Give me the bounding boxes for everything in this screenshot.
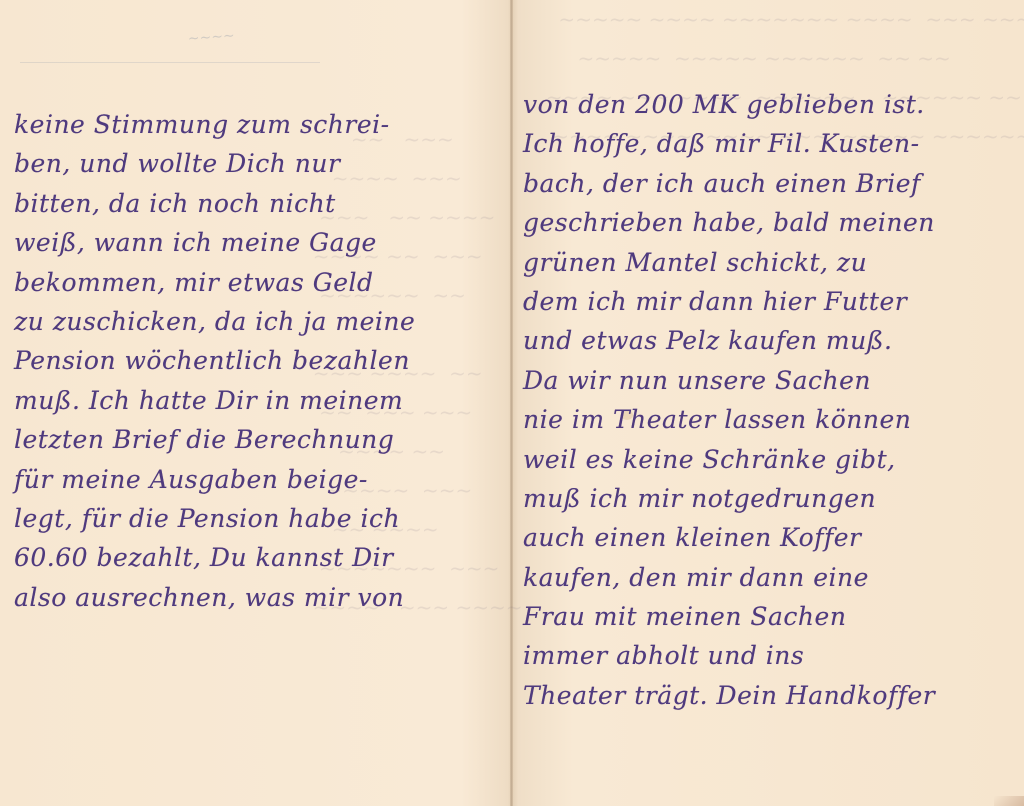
left-page-text: keine Stimmung zum schrei- ben, und woll… [14,105,500,617]
text-line: Pension wöchentlich bezahlen [14,341,500,380]
text-line: bekommen, mir etwas Geld [14,263,500,302]
text-line: weiß, wann ich meine Gage [14,223,500,262]
text-line: kaufen, den mir dann eine [523,558,1019,597]
text-line: Theater trägt. Dein Handkoffer [523,676,1019,715]
text-line: bitten, da ich noch nicht [14,184,500,223]
text-line: Frau mit meinen Sachen [523,597,1019,636]
faint-rule-line [20,62,320,63]
text-line: bach, der ich auch einen Brief [523,164,1019,203]
text-line: Da wir nun unsere Sachen [523,361,1019,400]
text-line: geschrieben habe, bald meinen [523,203,1019,242]
text-line: Ich hoffe, daß mir Fil. Kusten- [523,124,1019,163]
text-line: grünen Mantel schickt, zu [523,243,1019,282]
letter-spread: ~~~~ ~~ ~~~ ~~~~ ~~~ ~~~ ~~ ~~~~ ~~~~ ~~… [0,0,1024,806]
text-line: keine Stimmung zum schrei- [14,105,500,144]
text-line: 60.60 bezahlt, Du kannst Dir [14,538,500,577]
text-line: nie im Theater lassen können [523,400,1019,439]
text-line: auch einen kleinen Koffer [523,518,1019,557]
text-line: muß ich mir notgedrungen [523,479,1019,518]
text-line: zu zuschicken, da ich ja meine [14,302,500,341]
text-line: dem ich mir dann hier Futter [523,282,1019,321]
text-line: ben, und wollte Dich nur [14,144,500,183]
text-line: für meine Ausgaben beige- [14,460,500,499]
right-page-text: von den 200 MK geblieben ist. Ich hoffe,… [523,85,1019,715]
text-line: von den 200 MK geblieben ist. [523,85,1019,124]
text-line: legt, für die Pension habe ich [14,499,500,538]
text-line: letzten Brief die Berechnung [14,420,500,459]
text-line: und etwas Pelz kaufen muß. [523,321,1019,360]
right-page: ~~~~~ ~~~~ ~~~~~~~ ~~~~ ~~~ ~~~~~ ~~~~~ … [513,0,1024,806]
text-line: immer abholt und ins [523,636,1019,675]
left-page: ~~~~ ~~ ~~~ ~~~~ ~~~ ~~~ ~~ ~~~~ ~~~~ ~~… [0,0,511,806]
text-line: muß. Ich hatte Dir in meinem [14,381,500,420]
text-line: weil es keine Schränke gibt, [523,440,1019,479]
page-corner-shadow [994,796,1024,806]
faint-pencil-mark: ~~~~ [187,25,278,53]
text-line: also ausrechnen, was mir von [14,578,500,617]
